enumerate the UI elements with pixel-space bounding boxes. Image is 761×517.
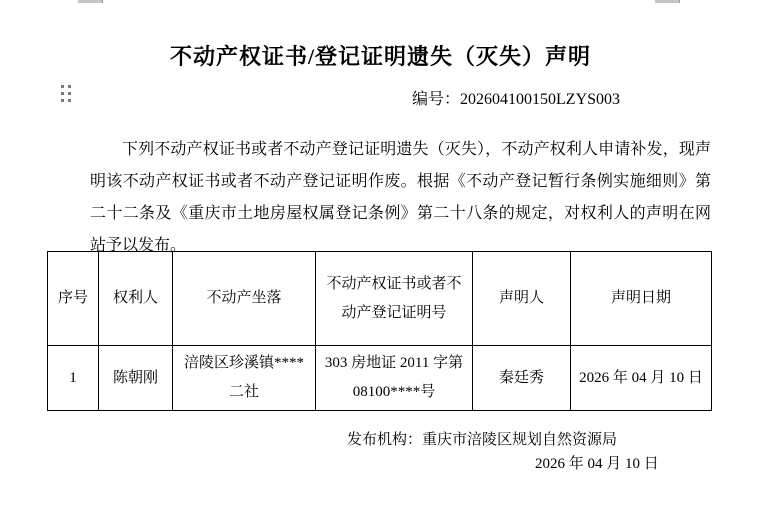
document-number: 编号：202604100150LZYS003 — [412, 90, 620, 109]
cell-certificate-number: 303 房地证 2011 字第 08100****号 — [316, 346, 473, 411]
header-serial-number: 序号 — [48, 252, 99, 346]
top-edge-fragment-left — [78, 0, 103, 3]
table-header-row: 序号 权利人 不动产坐落 不动产权证书或者不动产登记证明号 声明人 声明日期 — [48, 252, 712, 346]
declaration-table: 序号 权利人 不动产坐落 不动产权证书或者不动产登记证明号 声明人 声明日期 1… — [47, 251, 712, 411]
issue-date: 2026 年 04 月 10 日 — [535, 455, 659, 474]
header-property-location: 不动产坐落 — [173, 252, 316, 346]
table-row: 1 陈朝刚 涪陵区珍溪镇****二社 303 房地证 2011 字第 08100… — [48, 346, 712, 411]
document-page: 不动产权证书/登记证明遗失（灭失）声明 编号：202604100150LZYS0… — [0, 0, 761, 517]
header-right-holder: 权利人 — [99, 252, 173, 346]
document-number-value: 202604100150LZYS003 — [460, 91, 620, 108]
cell-declarant: 秦廷秀 — [473, 346, 571, 411]
cell-declaration-date: 2026 年 04 月 10 日 — [571, 346, 712, 411]
document-number-label: 编号： — [412, 91, 460, 108]
page-title: 不动产权证书/登记证明遗失（灭失）声明 — [0, 43, 761, 71]
top-edge-fragment-right — [655, 0, 680, 3]
cell-right-holder: 陈朝刚 — [99, 346, 173, 411]
header-declarant: 声明人 — [473, 252, 571, 346]
header-declaration-date: 声明日期 — [571, 252, 712, 346]
declaration-body: 下列不动产权证书或者不动产登记证明遗失（灭失），不动产权利人申请补发，现声明该不… — [90, 134, 711, 262]
cell-serial-number: 1 — [48, 346, 99, 411]
header-certificate-number: 不动产权证书或者不动产登记证明号 — [316, 252, 473, 346]
cell-property-location: 涪陵区珍溪镇****二社 — [173, 346, 316, 411]
drag-handle-icon[interactable] — [61, 85, 71, 102]
issuing-authority: 发布机构：重庆市涪陵区规划自然资源局 — [347, 431, 617, 450]
